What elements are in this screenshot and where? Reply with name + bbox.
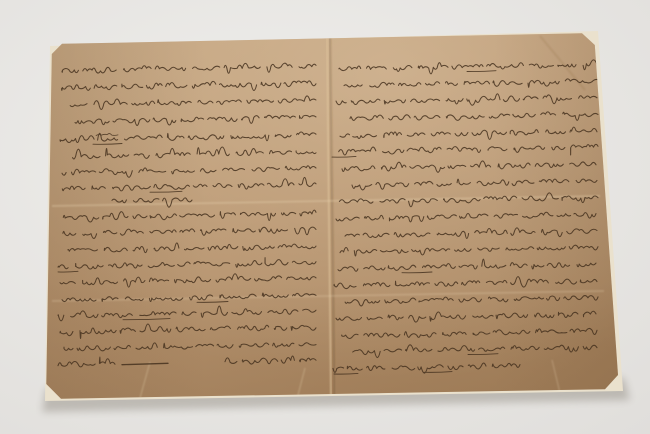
letter-photograph <box>0 0 650 434</box>
letter-photo-scene <box>0 0 650 434</box>
